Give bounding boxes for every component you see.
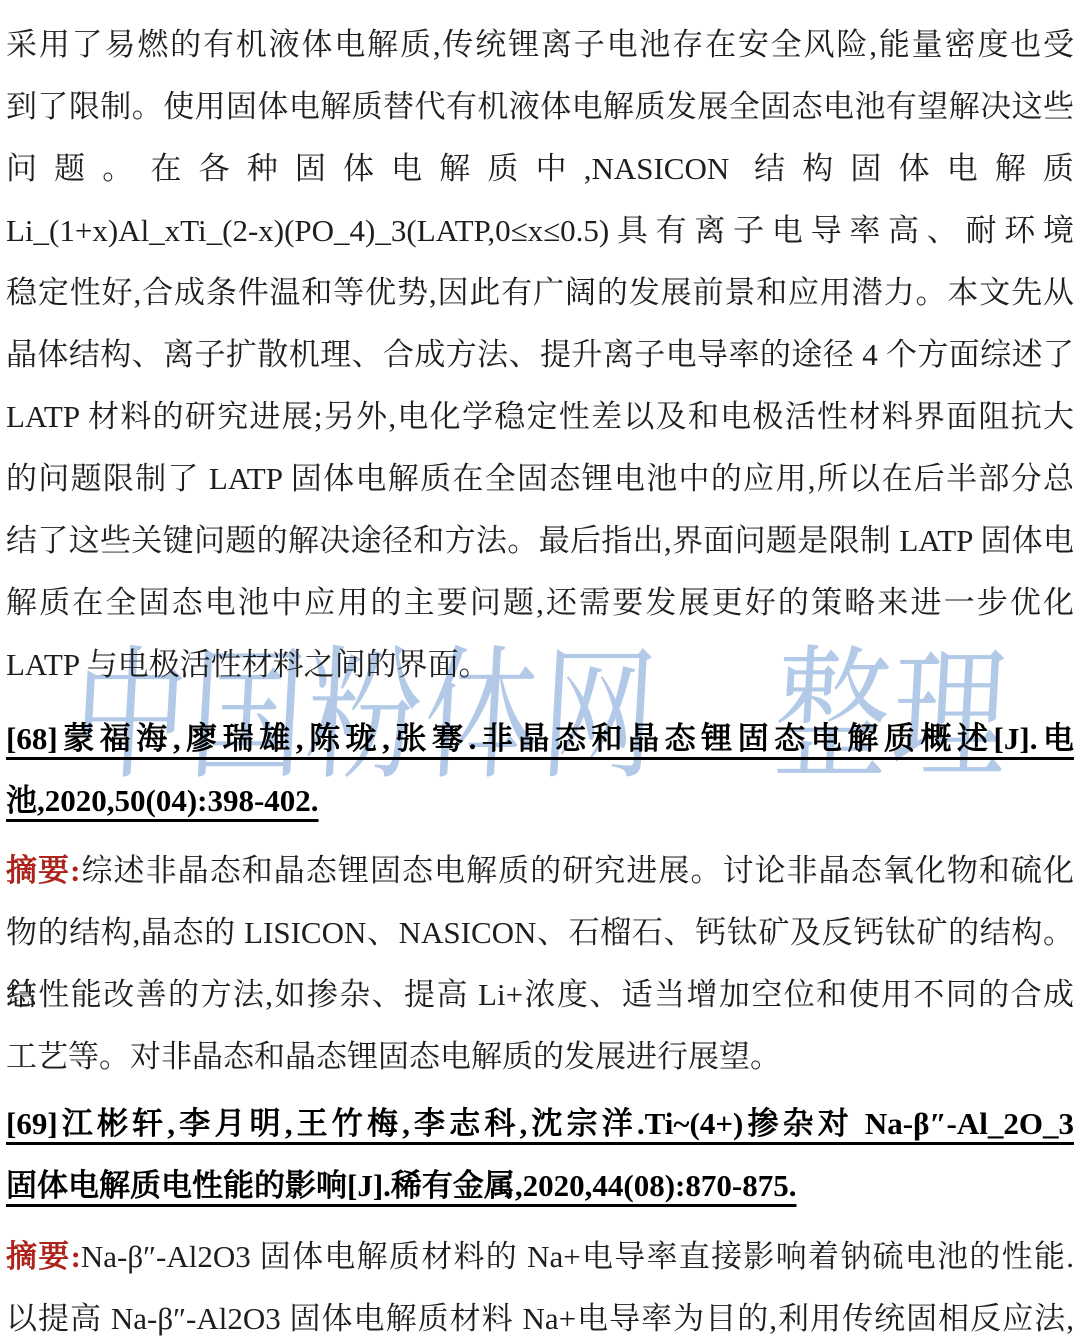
reference-entry-69: [69]江彬轩,李月明,王竹梅,李志科,沈宗洋.Ti~(4+)掺杂对 Na-β″… [6,1093,1074,1217]
reference-line: [68]蒙福海,廖瑞雄,陈珑,张骞.非晶态和晶态锂固态电解质概述[J].电 [6,708,1074,770]
reference-line: [69]江彬轩,李月明,王竹梅,李志科,沈宗洋.Ti~(4+)掺杂对 Na-β″… [6,1093,1074,1155]
abstract-line: 结性能改善的方法,如掺杂、提高 Li+浓度、适当增加空位和使用不同的合成 [6,964,1074,1026]
reference-entry-68: [68]蒙福海,廖瑞雄,陈珑,张骞.非晶态和晶态锂固态电解质概述[J].电 池,… [6,708,1074,832]
text-line: LATP 材料的研究进展;另外,电化学稳定性差以及和电极活性材料界面阻抗大 [6,386,1074,448]
text-line: 问题。在各种固体电解质中,NASICON 结构固体电解质 [6,138,1074,200]
reference-line: 池,2020,50(04):398-402. [6,770,1074,832]
text-line: 稳定性好,合成条件温和等优势,因此有广阔的发展前景和应用潜力。本文先从 [6,262,1074,324]
abstract-line: 工艺等。对非晶态和晶态锂固态电解质的发展进行展望。 [6,1026,1074,1088]
abstract-69: 摘要:Na-β″-Al2O3 固体电解质材料的 Na+电导率直接影响着钠硫电池的… [6,1226,1074,1342]
abstract-line: 摘要:综述非晶态和晶态锂固态电解质的研究进展。讨论非晶态氧化物和硫化 [6,840,1074,902]
text-line: 晶体结构、离子扩散机理、合成方法、提升离子电导率的途径 4 个方面综述了 [6,324,1074,386]
document-content: 采用了易燃的有机液体电解质,传统锂离子电池存在安全风险,能量密度也受 到了限制。… [0,0,1080,1342]
text-line: 到了限制。使用固体电解质替代有机液体电解质发展全固态电池有望解决这些 [6,76,1074,138]
text-line: 结了这些关键问题的解决途径和方法。最后指出,界面问题是限制 LATP 固体电 [6,510,1074,572]
text-line: 解质在全固态电池中应用的主要问题,还需要发展更好的策略来进一步优化 [6,572,1074,634]
text-line: Li_(1+x)Al_xTi_(2-x)(PO_4)_3(LATP,0≤x≤0.… [6,200,1074,262]
abstract-line: 以提高 Na-β″-Al2O3 固体电解质材料 Na+电导率为目的,利用传统固相… [6,1288,1074,1342]
intro-paragraph: 采用了易燃的有机液体电解质,传统锂离子电池存在安全风险,能量密度也受 到了限制。… [6,14,1074,696]
abstract-line: 物的结构,晶态的 LISICON、NASICON、石榴石、钙钛矿及反钙钛矿的结构… [6,902,1074,964]
document-page: 中国粉体网 整理 采用了易燃的有机液体电解质,传统锂离子电池存在安全风险,能量密… [0,0,1080,1342]
text-line: 的问题限制了 LATP 固体电解质在全固态锂电池中的应用,所以在后半部分总 [6,448,1074,510]
abstract-label: 摘要: [6,1239,81,1274]
abstract-label: 摘要: [6,853,80,888]
text-line: LATP 与电极活性材料之间的界面。 [6,634,1074,696]
text-line: 采用了易燃的有机液体电解质,传统锂离子电池存在安全风险,能量密度也受 [6,14,1074,76]
reference-line: 固体电解质电性能的影响[J].稀有金属,2020,44(08):870-875. [6,1155,1074,1217]
abstract-line: 摘要:Na-β″-Al2O3 固体电解质材料的 Na+电导率直接影响着钠硫电池的… [6,1226,1074,1288]
abstract-text: 综述非晶态和晶态锂固态电解质的研究进展。讨论非晶态氧化物和硫化 [80,853,1074,888]
abstract-text: Na-β″-Al2O3 固体电解质材料的 Na+电导率直接影响着钠硫电池的性能. [81,1239,1074,1274]
abstract-68: 摘要:综述非晶态和晶态锂固态电解质的研究进展。讨论非晶态氧化物和硫化 物的结构,… [6,840,1074,1088]
